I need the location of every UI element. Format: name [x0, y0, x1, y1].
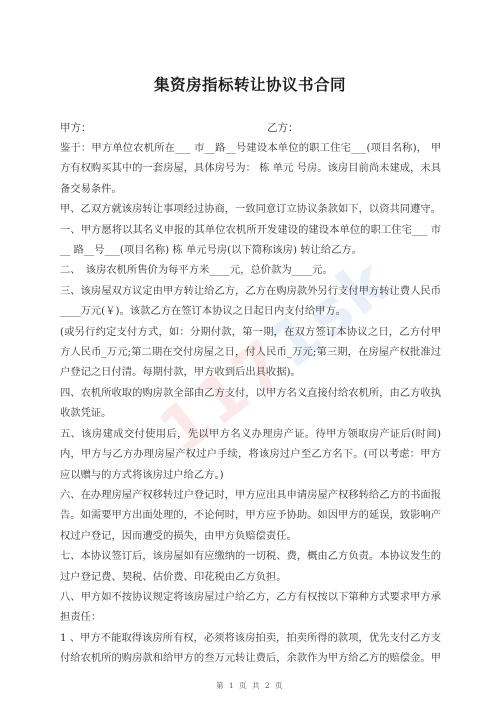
- clause-3-payment-note: (或另行约定支付方式，如：分期付款，第一期，在双方签订本协议之日，乙方付甲方人民…: [60, 322, 441, 383]
- document-title: 集资房指标转让协议书合同: [0, 73, 500, 95]
- party-b-label: 乙方：: [267, 120, 299, 135]
- clause-1: 一、甲方愿将以其名义申报的其单位农机所开发建设的建设本单位的职工住宅___ 市_…: [60, 220, 441, 261]
- paragraph-agreement-intro: 甲、乙双方就该房转让事项经过协商，一致同意订立协议条款如下，以资共同遵守。: [60, 199, 441, 219]
- clause-6: 六、在办理房屋产权移转过户登记时，甲方应出具申请房屋产权移转给乙方的书面报告。如…: [60, 485, 441, 546]
- clause-4: 四、农机所收取的购房款全部由乙方支付，以甲方名义直接付给农机所，由乙方收执收款凭…: [60, 383, 441, 424]
- clause-3: 三、该房屋双方议定由甲方转让给乙方，乙方在购房款外另行支付甲方转让费人民币___…: [60, 281, 441, 322]
- clause-5: 五、该房建成交付使用后，先以甲方名义办理房产证。待甲方领取房产证后(时间)内，甲…: [60, 424, 441, 485]
- document-page: 1171sk 集资房指标转让协议书合同 甲方： 乙方： 鉴于：甲方单位农机所在_…: [0, 0, 500, 706]
- page-number-footer: 第 1 页 共 2 页: [0, 680, 500, 691]
- document-body: 鉴于：甲方单位农机所在___ 市__路__号建设本单位的职工住宅___(项目名称…: [60, 138, 441, 669]
- clause-2: 二、 该房农机所售价为每平方米____元，总价款为____元。: [60, 260, 441, 280]
- party-a-label: 甲方：: [60, 120, 92, 135]
- clause-7: 七、本协议签订后，该房屋如有应缴纳的一切税、费，概由乙方负责。本协议发生的过户登…: [60, 546, 441, 587]
- clause-8-item-1: 1 、甲方不能取得该房所有权，必须将该房拍卖，拍卖所得的款项，优先支付乙方支付给…: [60, 628, 441, 669]
- clause-8: 八、甲方如不按协议规定将该房屋过户给乙方，乙方有权按以下第种方式要求甲方承担责任…: [60, 587, 441, 628]
- paragraph-recital: 鉴于：甲方单位农机所在___ 市__路__号建设本单位的职工住宅___(项目名称…: [60, 138, 441, 199]
